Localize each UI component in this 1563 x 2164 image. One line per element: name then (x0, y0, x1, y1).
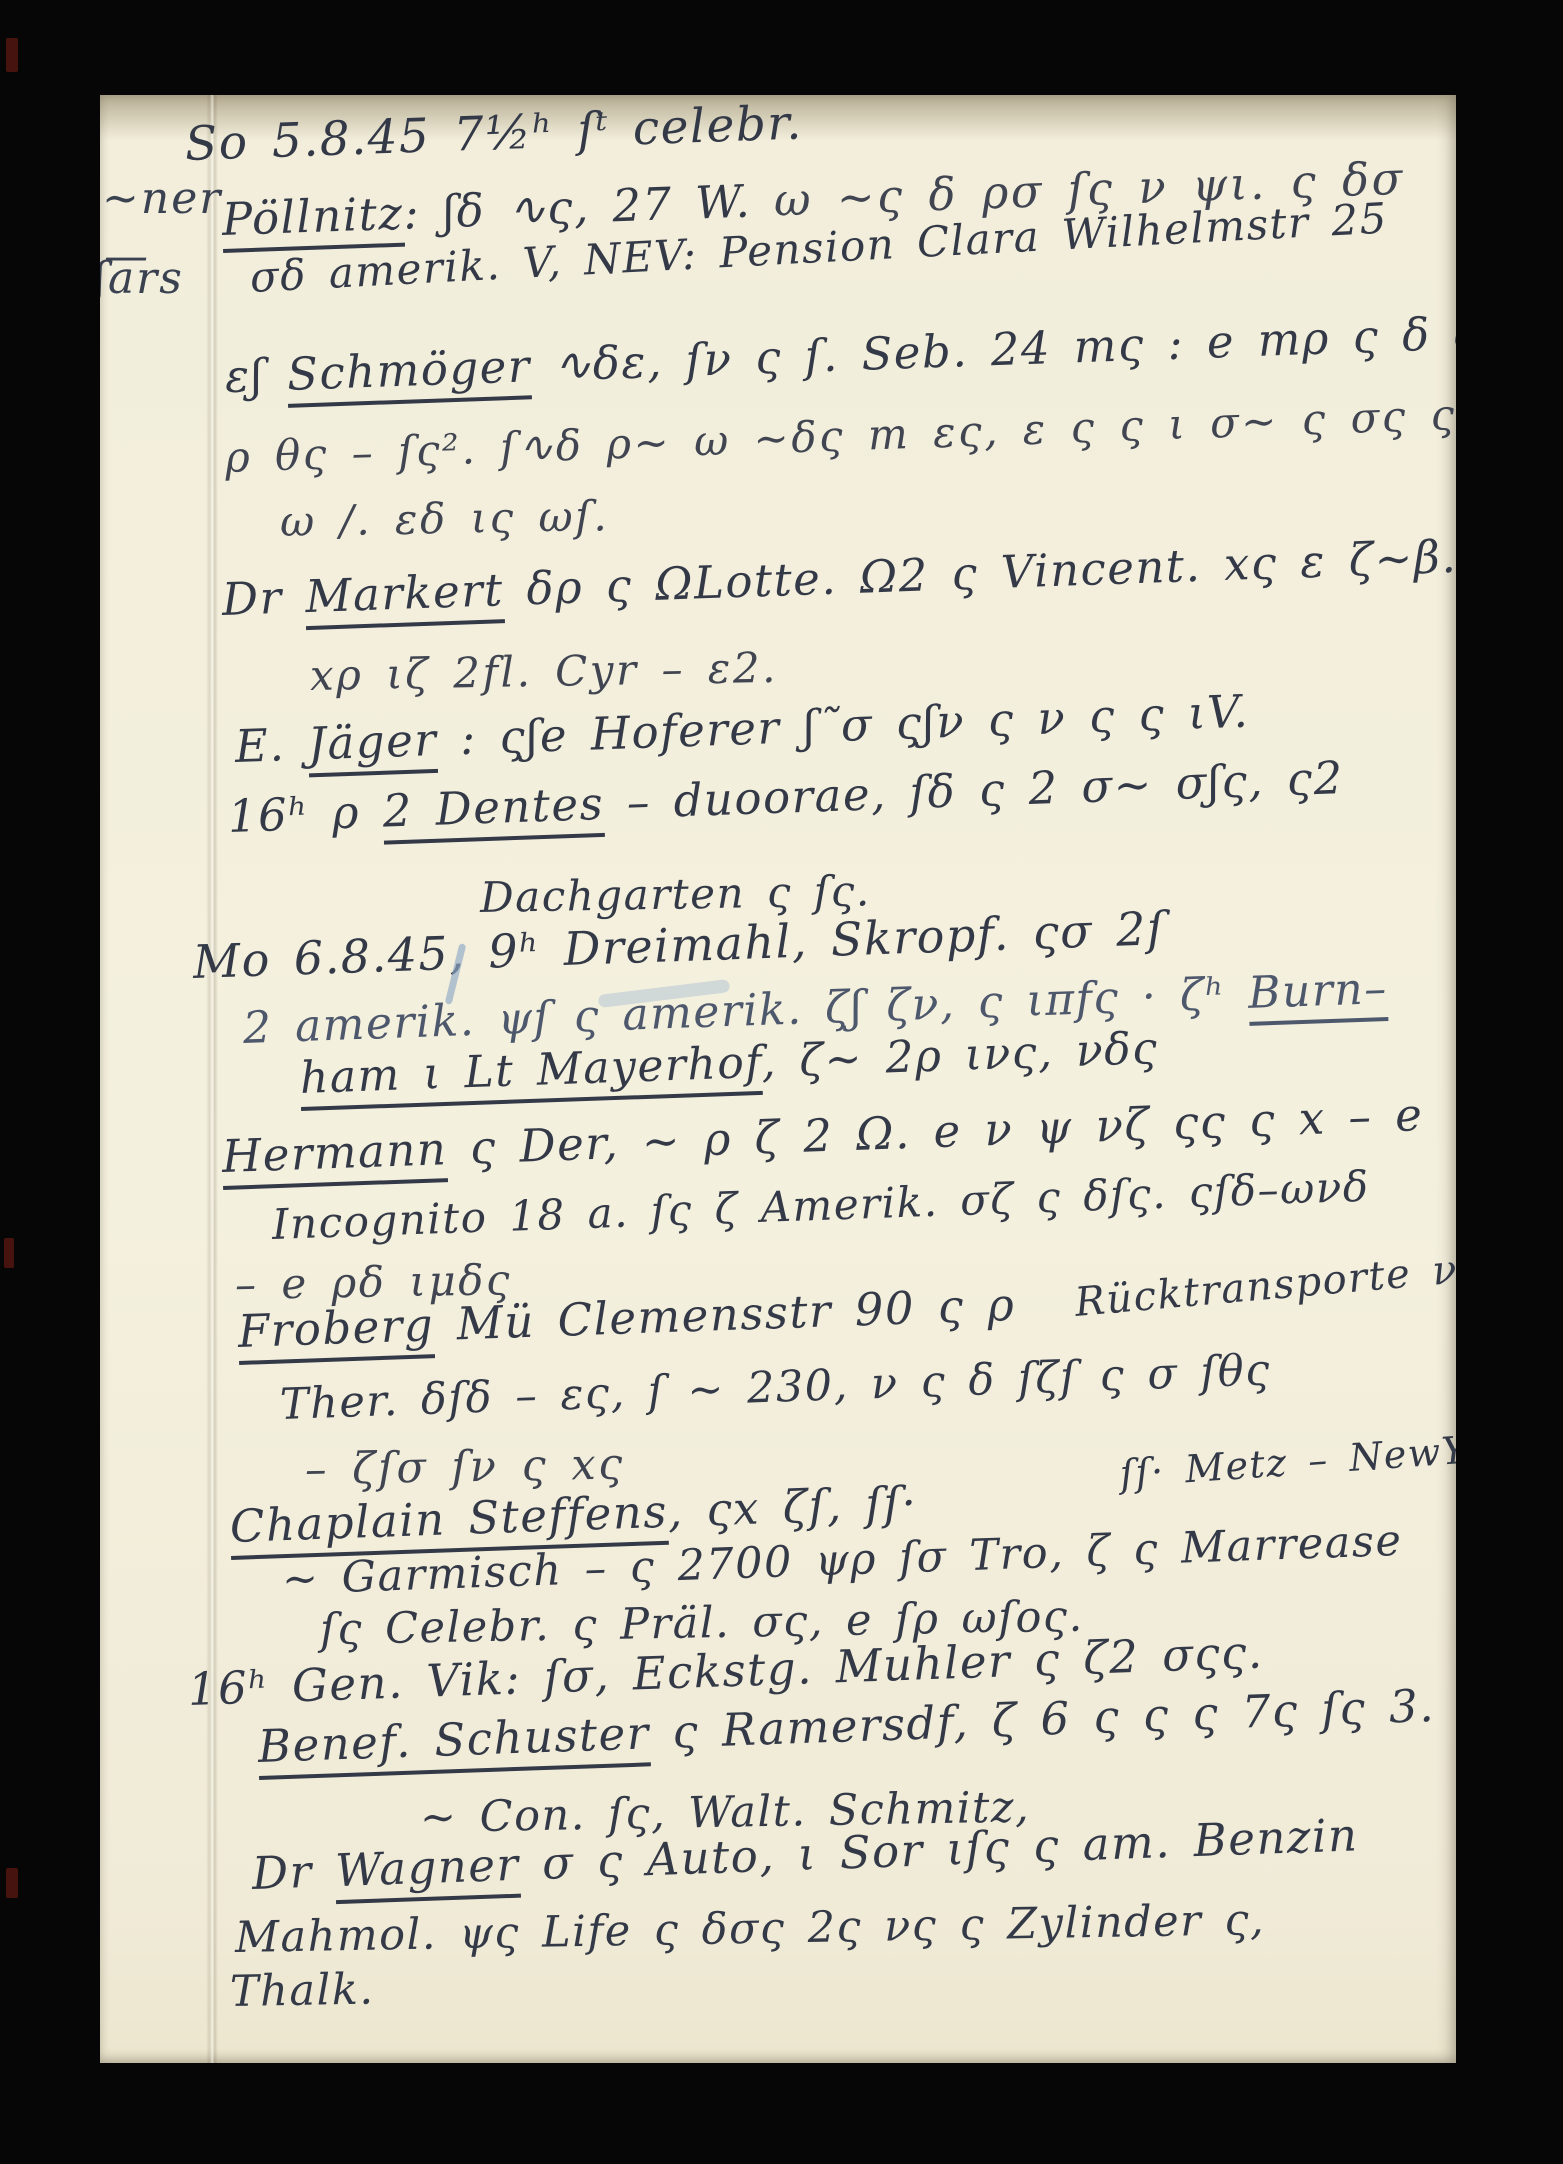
handwriting-text: ∿δε, ſν ς ſ. Seb. 24 mς : e mρ ς δ ω / (530, 304, 1456, 392)
film-edge-artifact (4, 1238, 14, 1268)
handwriting-text: Rücktransporte ν (1073, 1247, 1456, 1326)
handwriting-text: – duoorae, ſδ ς 2 σ∼ σʃς, ς2 (603, 751, 1344, 830)
underlined-name: Benef. Schuster (257, 1706, 651, 1780)
shorthand-strokes: ω /. εδ ις ωſ. (280, 491, 610, 546)
handwriting-text: 7½ʰ ſᵗ celebr. (453, 95, 804, 162)
handwriting-text: δρ ς ΩLotte. Ω2 ς Vincent. xς ε ζ∼β. (503, 530, 1456, 616)
line-schmoeger-end: ω /. εδ ις ωſ. (280, 491, 610, 546)
scan-background: So 5.8.45 7½ʰ ſᵗ celebr.Pöllnitz: ʃδ ∿ς,… (0, 0, 1563, 2164)
handwriting-text: Thalk. (230, 1964, 375, 2017)
handwriting-text: εʃ (224, 348, 288, 403)
underlined-name: Markert (304, 563, 504, 630)
handwriting-text: E. (234, 717, 309, 773)
handwriting-text: Dr (221, 570, 306, 626)
film-edge-artifact (6, 38, 18, 72)
underlined-name: Froberg (237, 1298, 435, 1365)
underlined-name: Jäger (307, 713, 438, 777)
handwriting-text: Dr (251, 1844, 336, 1900)
handwriting-text (429, 108, 454, 164)
line-thalk: Thalk. (230, 1964, 375, 2017)
handwriting-text: Mahmol. ψς Life ς δσς 2ς νς ς Zylinder ς… (235, 1895, 1266, 1963)
handwriting-text: 16ʰ ρ (227, 785, 384, 843)
shorthand-strokes: xρ ιζ 2fl. Cyr – ε2. (310, 643, 779, 700)
underlined-name: Wagner (334, 1838, 520, 1904)
page-fold-crease (206, 95, 218, 2063)
line-schmoeger: εʃ Schmöger ∿δε, ſν ς ſ. Seb. 24 mς : e … (224, 304, 1456, 403)
line-ruecktransporte: Rücktransporte ν (1073, 1247, 1456, 1326)
underlined-name: Hermann (221, 1122, 448, 1190)
line-froberg-shorthand: – ζſσ ſν ς xς (305, 1439, 626, 1495)
shorthand-strokes: – ζſσ ſν ς xς (305, 1439, 626, 1495)
underlined-name: Schmöger (286, 339, 532, 407)
handwriting-text: So 5.8.45 (184, 108, 431, 172)
notebook-page: So 5.8.45 7½ʰ ſᵗ celebr.Pöllnitz: ʃδ ∿ς,… (100, 95, 1456, 2063)
margin-fragment: ʃars (100, 253, 184, 304)
handwriting-text: , ςx ζſ, ſſ· (667, 1476, 918, 1538)
line-metz-newyork: ſſ· Metz – NewYork, (1118, 1422, 1456, 1496)
underlined-name: Pöllnitz (221, 187, 404, 253)
film-edge-artifact (6, 1868, 18, 1898)
handwriting-text: : ςʃe Hoferer ʃ˜σ ςʃν ς ν ς ς ιV. (436, 685, 1250, 766)
handwriting-text: ς Der, ∼ ρ ζ 2 Ω. e ν ψ νζ ςς ς x – e (446, 1088, 1424, 1175)
handwriting-text: ſſ· Metz – NewYork, (1118, 1422, 1456, 1496)
handwriting-text: Mü Clemensstr 90 ς ρ (433, 1278, 1016, 1351)
line-markert-shorthand: xρ ιζ 2fl. Cyr – ε2. (310, 643, 779, 700)
underlined-name: 2 Dentes (382, 777, 605, 845)
underlined-name: Burn– (1247, 963, 1388, 1026)
margin-fragment: ∼ner (102, 173, 222, 224)
line-dr-markert: Dr Markert δρ ς ΩLotte. Ω2 ς Vincent. xς… (221, 530, 1456, 626)
line-mahmol-zylinder: Mahmol. ψς Life ς δσς 2ς νς ς Zylinder ς… (235, 1895, 1266, 1963)
